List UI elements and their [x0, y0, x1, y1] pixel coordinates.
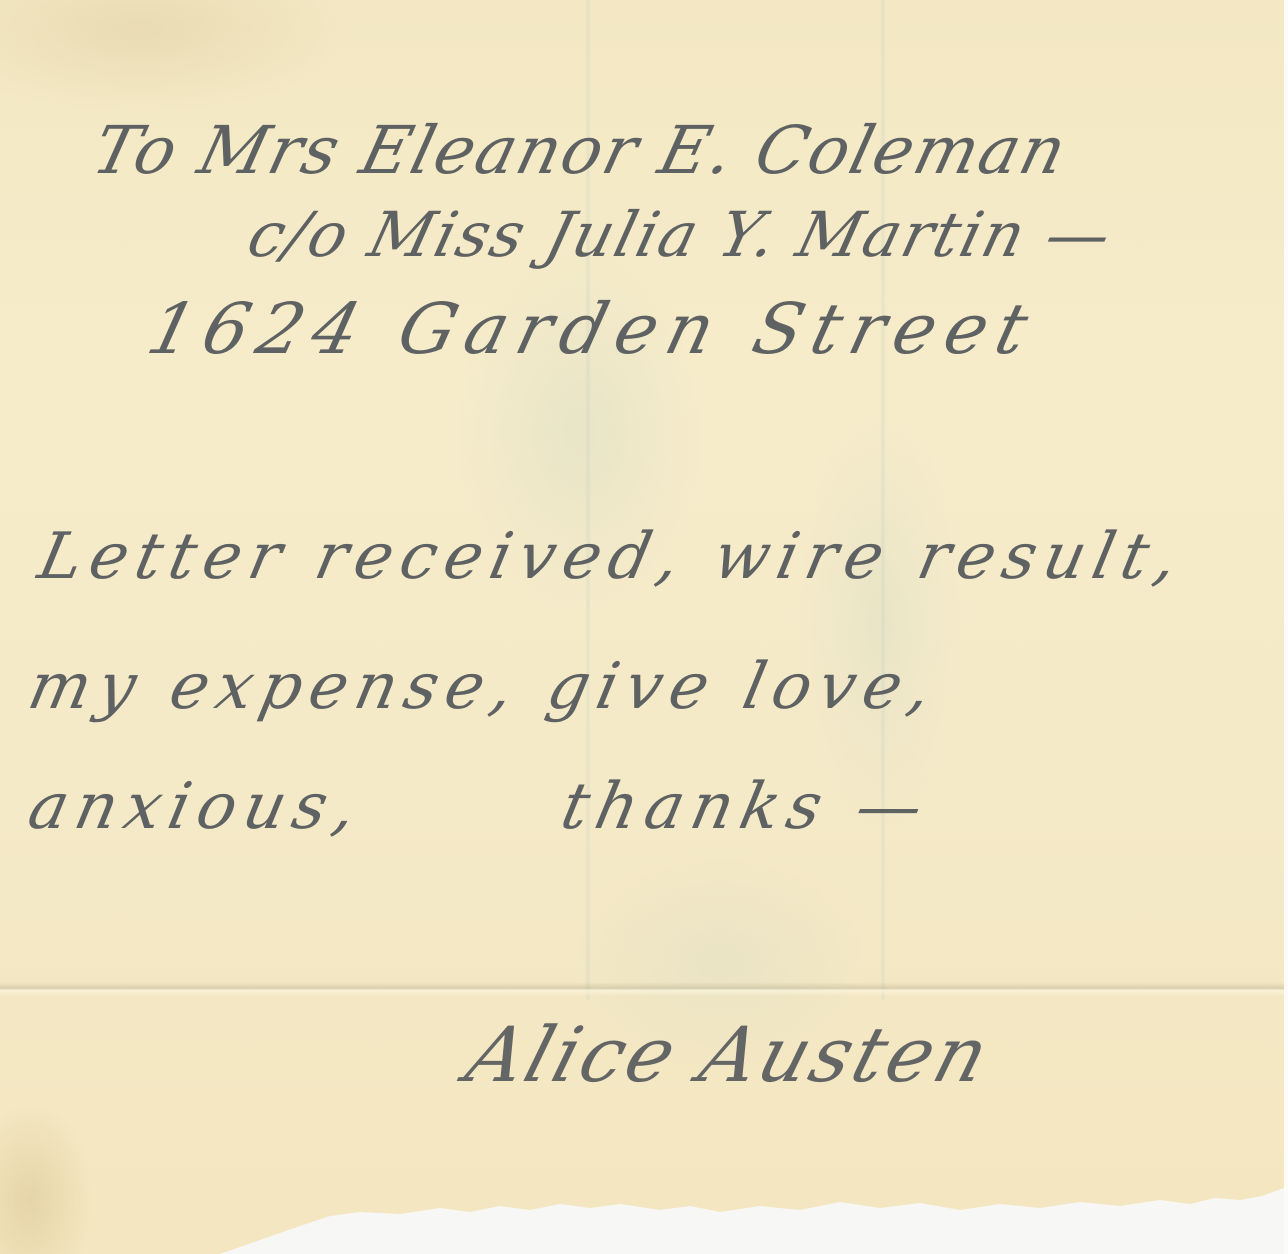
scan-canvas: To Mrs Eleanor E. Coleman c/o Miss Julia… [0, 0, 1288, 1254]
message-line-1: Letter received, wire result, [32, 520, 1192, 594]
address-street: 1624 Garden Street [140, 288, 1046, 370]
message-word-thanks: thanks — [555, 770, 937, 844]
address-care-of: c/o Miss Julia Y. Martin — [241, 198, 1120, 271]
message-line-2: my expense, give love, [22, 650, 946, 724]
scan-border [1284, 0, 1288, 1254]
message-word-anxious: anxious, [22, 770, 371, 844]
signature: Alice Austen [457, 1010, 1001, 1099]
paper-fold-horizontal [0, 982, 1284, 996]
paper-sheet: To Mrs Eleanor E. Coleman c/o Miss Julia… [0, 0, 1284, 1254]
message-line-3: anxious,thanks — [22, 770, 937, 844]
address-recipient: To Mrs Eleanor E. Coleman [85, 112, 1075, 189]
